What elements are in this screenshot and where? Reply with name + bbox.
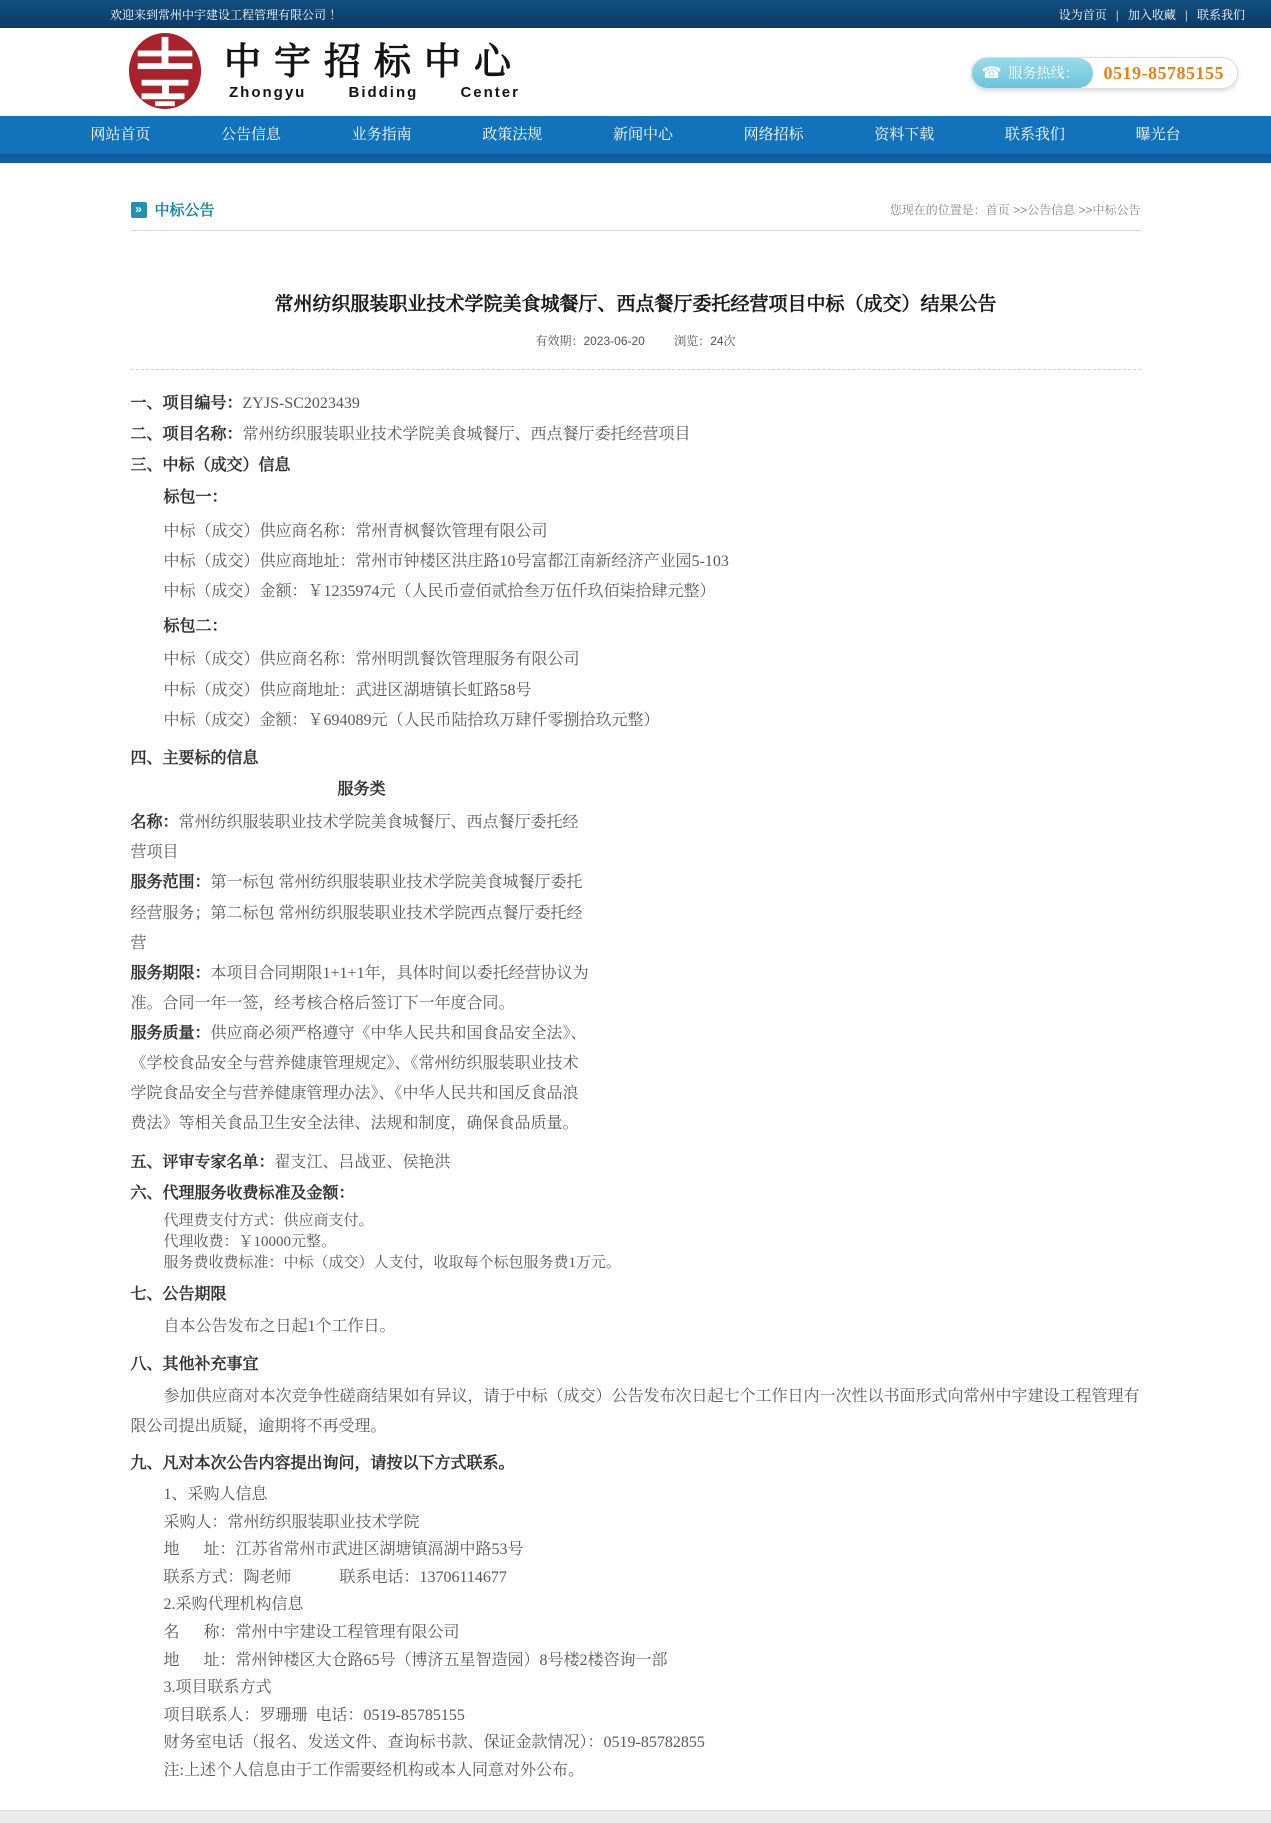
welcome-text: 欢迎来到常州中宇建设工程管理有限公司 ！ (110, 6, 341, 23)
fee-standard: 服务费收费标准：中标（成交）人支付，收取每个标包服务费1万元。 (164, 1253, 1141, 1274)
contact-buyer-section: 1、采购人信息 (164, 1481, 1141, 1509)
subject-name-value: 常州纺织服装职业技术学院美食城餐厅、西点餐厅委托经营项目 (131, 814, 579, 861)
breadcrumb-location: 您现在的位置是：首页 >>公告信息 >>中标公告 (890, 201, 1141, 218)
nav-item-contact[interactable]: 联系我们 (1005, 116, 1065, 154)
package-name: 标包一： (164, 483, 1141, 513)
project-number-row: 一、项目编号：ZYJS-SC2023439 (131, 390, 1141, 413)
nav-item-online-bidding[interactable]: 网络招标 (744, 116, 804, 154)
breadcrumb-separator: >> (1010, 203, 1027, 217)
hotline-left: ☎ 服务热线： (972, 58, 1093, 88)
contact-heading: 九、凡对本次公告内容提出询问，请按以下方式联系。 (131, 1450, 1141, 1473)
contact-finance-phone: 财务室电话（报名、发送文件、查询标书款、保证金款情况）：0519-8578285… (164, 1729, 1141, 1757)
contact-agency-address: 地 址：常州钟楼区大仓路65号（博济五星智造园）8号楼2楼咨询一部 (164, 1647, 1141, 1675)
fee-heading: 六、代理服务收费标准及金额： (131, 1180, 1141, 1203)
other-heading: 八、其他补充事宜 (131, 1351, 1141, 1374)
contact-block: 1、采购人信息 采购人：常州纺织服装职业技术学院 地 址：江苏省常州市武进区湖塘… (131, 1481, 1141, 1784)
topbar-separator: | (1116, 8, 1119, 22)
subject-quality-row: 服务质量：供应商必须严格遵守《中华人民共和国食品安全法》、《学校食品安全与营养健… (131, 1019, 593, 1139)
article-view-count: 浏览：24次 (674, 334, 735, 348)
breadcrumb-section: » 中标公告 (131, 199, 215, 220)
contact-project-section: 3.项目联系方式 (164, 1674, 1141, 1702)
contact-buyer-address: 地 址：江苏省常州市武进区湖塘镇滆湖中路53号 (164, 1536, 1141, 1564)
contact-agency-section: 2.采购代理机构信息 (164, 1591, 1141, 1619)
period-line: 自本公告发布之日起1个工作日。 (131, 1312, 1141, 1342)
project-name-label: 二、项目名称： (131, 426, 243, 443)
bid-supplier-name: 中标（成交）供应商名称：常州青枫餐饮管理有限公司 (164, 517, 1141, 547)
site-logo-icon (126, 31, 204, 111)
main-nav: 网站首页 公告信息 业务指南 政策法规 新闻中心 网络招标 资料下载 联系我们 … (0, 116, 1271, 154)
experts-label: 五、评审专家名单： (131, 1154, 275, 1171)
subject-category: 服务类 (131, 776, 593, 805)
brand-text: 中宇招标中心 Zhongyu Bidding Center (224, 41, 524, 101)
nav-item-news[interactable]: 新闻中心 (613, 116, 673, 154)
subject-name-label: 名称： (131, 814, 179, 831)
article-title: 常州纺织服装职业技术学院美食城餐厅、西点餐厅委托经营项目中标（成交）结果公告 (131, 289, 1141, 316)
footer-strip (0, 1810, 1271, 1823)
topbar-link-set-home[interactable]: 设为首页 (1059, 8, 1107, 22)
site-subtitle: Zhongyu Bidding Center (224, 84, 524, 101)
site-title: 中宇招标中心 (224, 41, 524, 84)
bid-supplier-address: 中标（成交）供应商地址：武进区湖塘镇长虹路58号 (164, 676, 1141, 706)
package-name: 标包二： (164, 612, 1141, 642)
bid-package-1: 标包一： 中标（成交）供应商名称：常州青枫餐饮管理有限公司 中标（成交）供应商地… (131, 483, 1141, 608)
topbar-link-contact-us[interactable]: 联系我们 (1197, 8, 1245, 22)
experts-value: 翟支江、吕战亚、侯艳洪 (275, 1154, 451, 1171)
nav-item-policies[interactable]: 政策法规 (482, 116, 542, 154)
bid-package-2: 标包二： 中标（成交）供应商名称：常州明凯餐饮管理服务有限公司 中标（成交）供应… (131, 612, 1141, 737)
nav-item-downloads[interactable]: 资料下载 (874, 116, 934, 154)
bid-supplier-address: 中标（成交）供应商地址：常州市钟楼区洪庄路10号富都江南新经济产业园5-103 (164, 547, 1141, 577)
subject-name-row: 名称：常州纺织服装职业技术学院美食城餐厅、西点餐厅委托经营项目 (131, 808, 593, 868)
main-nav-inner: 网站首页 公告信息 业务指南 政策法规 新闻中心 网络招标 资料下载 联系我们 … (0, 116, 1271, 154)
project-number-value: ZYJS-SC2023439 (243, 395, 360, 412)
contact-project-person: 项目联系人：罗珊珊 电话：0519-85785155 (164, 1702, 1141, 1730)
project-number-label: 一、项目编号： (131, 395, 243, 412)
bid-supplier-name: 中标（成交）供应商名称：常州明凯餐饮管理服务有限公司 (164, 645, 1141, 675)
subject-heading: 四、主要标的信息 (131, 745, 1141, 768)
fee-lines: 代理费支付方式：供应商支付。 代理收费：￥10000元整。 服务费收费标准：中标… (131, 1211, 1141, 1273)
site-brand[interactable]: 中宇招标中心 Zhongyu Bidding Center (126, 31, 524, 111)
breadcrumb-arrow-icon: » (131, 202, 147, 218)
breadcrumb-prefix: 您现在的位置是： (890, 203, 986, 217)
bid-amount: 中标（成交）金额：￥1235974元（人民币壹佰贰拾叁万伍仟玖佰柒拾肆元整） (164, 577, 1141, 607)
nav-item-exposure[interactable]: 曝光台 (1136, 116, 1181, 154)
contact-agency-name: 名 称：常州中宇建设工程管理有限公司 (164, 1619, 1141, 1647)
fee-amount: 代理收费：￥10000元整。 (164, 1232, 1141, 1253)
topbar-separator: | (1185, 8, 1188, 22)
breadcrumb-separator: >> (1075, 203, 1092, 217)
content-container: » 中标公告 您现在的位置是：首页 >>公告信息 >>中标公告 常州纺织服装职业… (131, 199, 1141, 1784)
subject-quality-label: 服务质量： (131, 1025, 211, 1042)
bid-info-heading: 三、中标（成交）信息 (131, 452, 1141, 475)
hotline-number: 0519-85785155 (1093, 58, 1238, 88)
period-heading: 七、公告期限 (131, 1281, 1141, 1304)
contact-note: 注:上述个人信息由于工作需要经机构或本人同意对外公布。 (164, 1757, 1141, 1785)
subject-term-label: 服务期限： (131, 965, 211, 982)
topbar: 欢迎来到常州中宇建设工程管理有限公司 ！ 设为首页|加入收藏|联系我们 (0, 0, 1271, 28)
fee-payment-method: 代理费支付方式：供应商支付。 (164, 1211, 1141, 1232)
site-header: 中宇招标中心 Zhongyu Bidding Center ☎ 服务热线： 05… (0, 28, 1271, 116)
hotline-badge: ☎ 服务热线： 0519-85785155 (971, 57, 1238, 89)
subject-scope-label: 服务范围： (131, 874, 211, 891)
dashed-divider (131, 369, 1141, 370)
nav-item-business-guide[interactable]: 业务指南 (352, 116, 412, 154)
nav-item-announcements[interactable]: 公告信息 (221, 116, 281, 154)
topbar-links: 设为首页|加入收藏|联系我们 (1059, 6, 1245, 23)
other-paragraph: 参加供应商对本次竞争性磋商结果如有异议，请于中标（成交）公告发布次日起七个工作日… (131, 1382, 1141, 1443)
project-name-row: 二、项目名称：常州纺织服装职业技术学院美食城餐厅、西点餐厅委托经营项目 (131, 421, 1141, 444)
article-meta: 有效期：2023-06-20 浏览：24次 (131, 332, 1141, 349)
phone-icon: ☎ (982, 63, 1002, 83)
subject-block: 服务类 名称：常州纺织服装职业技术学院美食城餐厅、西点餐厅委托经营项目 服务范围… (131, 776, 593, 1140)
bid-amount: 中标（成交）金额：￥694089元（人民币陆拾玖万肆仟零捌拾玖元整） (164, 706, 1141, 736)
contact-buyer-phone: 联系方式：陶老师 联系电话：13706114677 (164, 1564, 1141, 1592)
breadcrumb-link-announcements[interactable]: 公告信息 (1027, 203, 1075, 217)
breadcrumb-link-bid-results[interactable]: 中标公告 (1092, 203, 1140, 217)
subject-term-row: 服务期限：本项目合同期限1+1+1年，具体时间以委托经营协议为准。合同一年一签，… (131, 959, 593, 1019)
breadcrumb-section-title: 中标公告 (155, 199, 215, 220)
hotline-label: 服务热线： (1009, 63, 1079, 83)
breadcrumb: » 中标公告 您现在的位置是：首页 >>公告信息 >>中标公告 (131, 199, 1141, 231)
nav-item-home[interactable]: 网站首页 (90, 116, 150, 154)
project-name-value: 常州纺织服装职业技术学院美食城餐厅、西点餐厅委托经营项目 (243, 426, 691, 443)
experts-row: 五、评审专家名单：翟支江、吕战亚、侯艳洪 (131, 1149, 1141, 1172)
topbar-link-add-favorite[interactable]: 加入收藏 (1128, 8, 1176, 22)
nav-underline (0, 154, 1271, 163)
breadcrumb-link-home[interactable]: 首页 (986, 203, 1010, 217)
subject-scope-row: 服务范围：第一标包 常州纺织服装职业技术学院美食城餐厅委托经营服务；第二标包 常… (131, 868, 593, 958)
article-valid-date: 有效期：2023-06-20 (535, 334, 644, 348)
article-body: 一、项目编号：ZYJS-SC2023439 二、项目名称：常州纺织服装职业技术学… (131, 390, 1141, 1784)
contact-buyer-name: 采购人：常州纺织服装职业技术学院 (164, 1509, 1141, 1537)
